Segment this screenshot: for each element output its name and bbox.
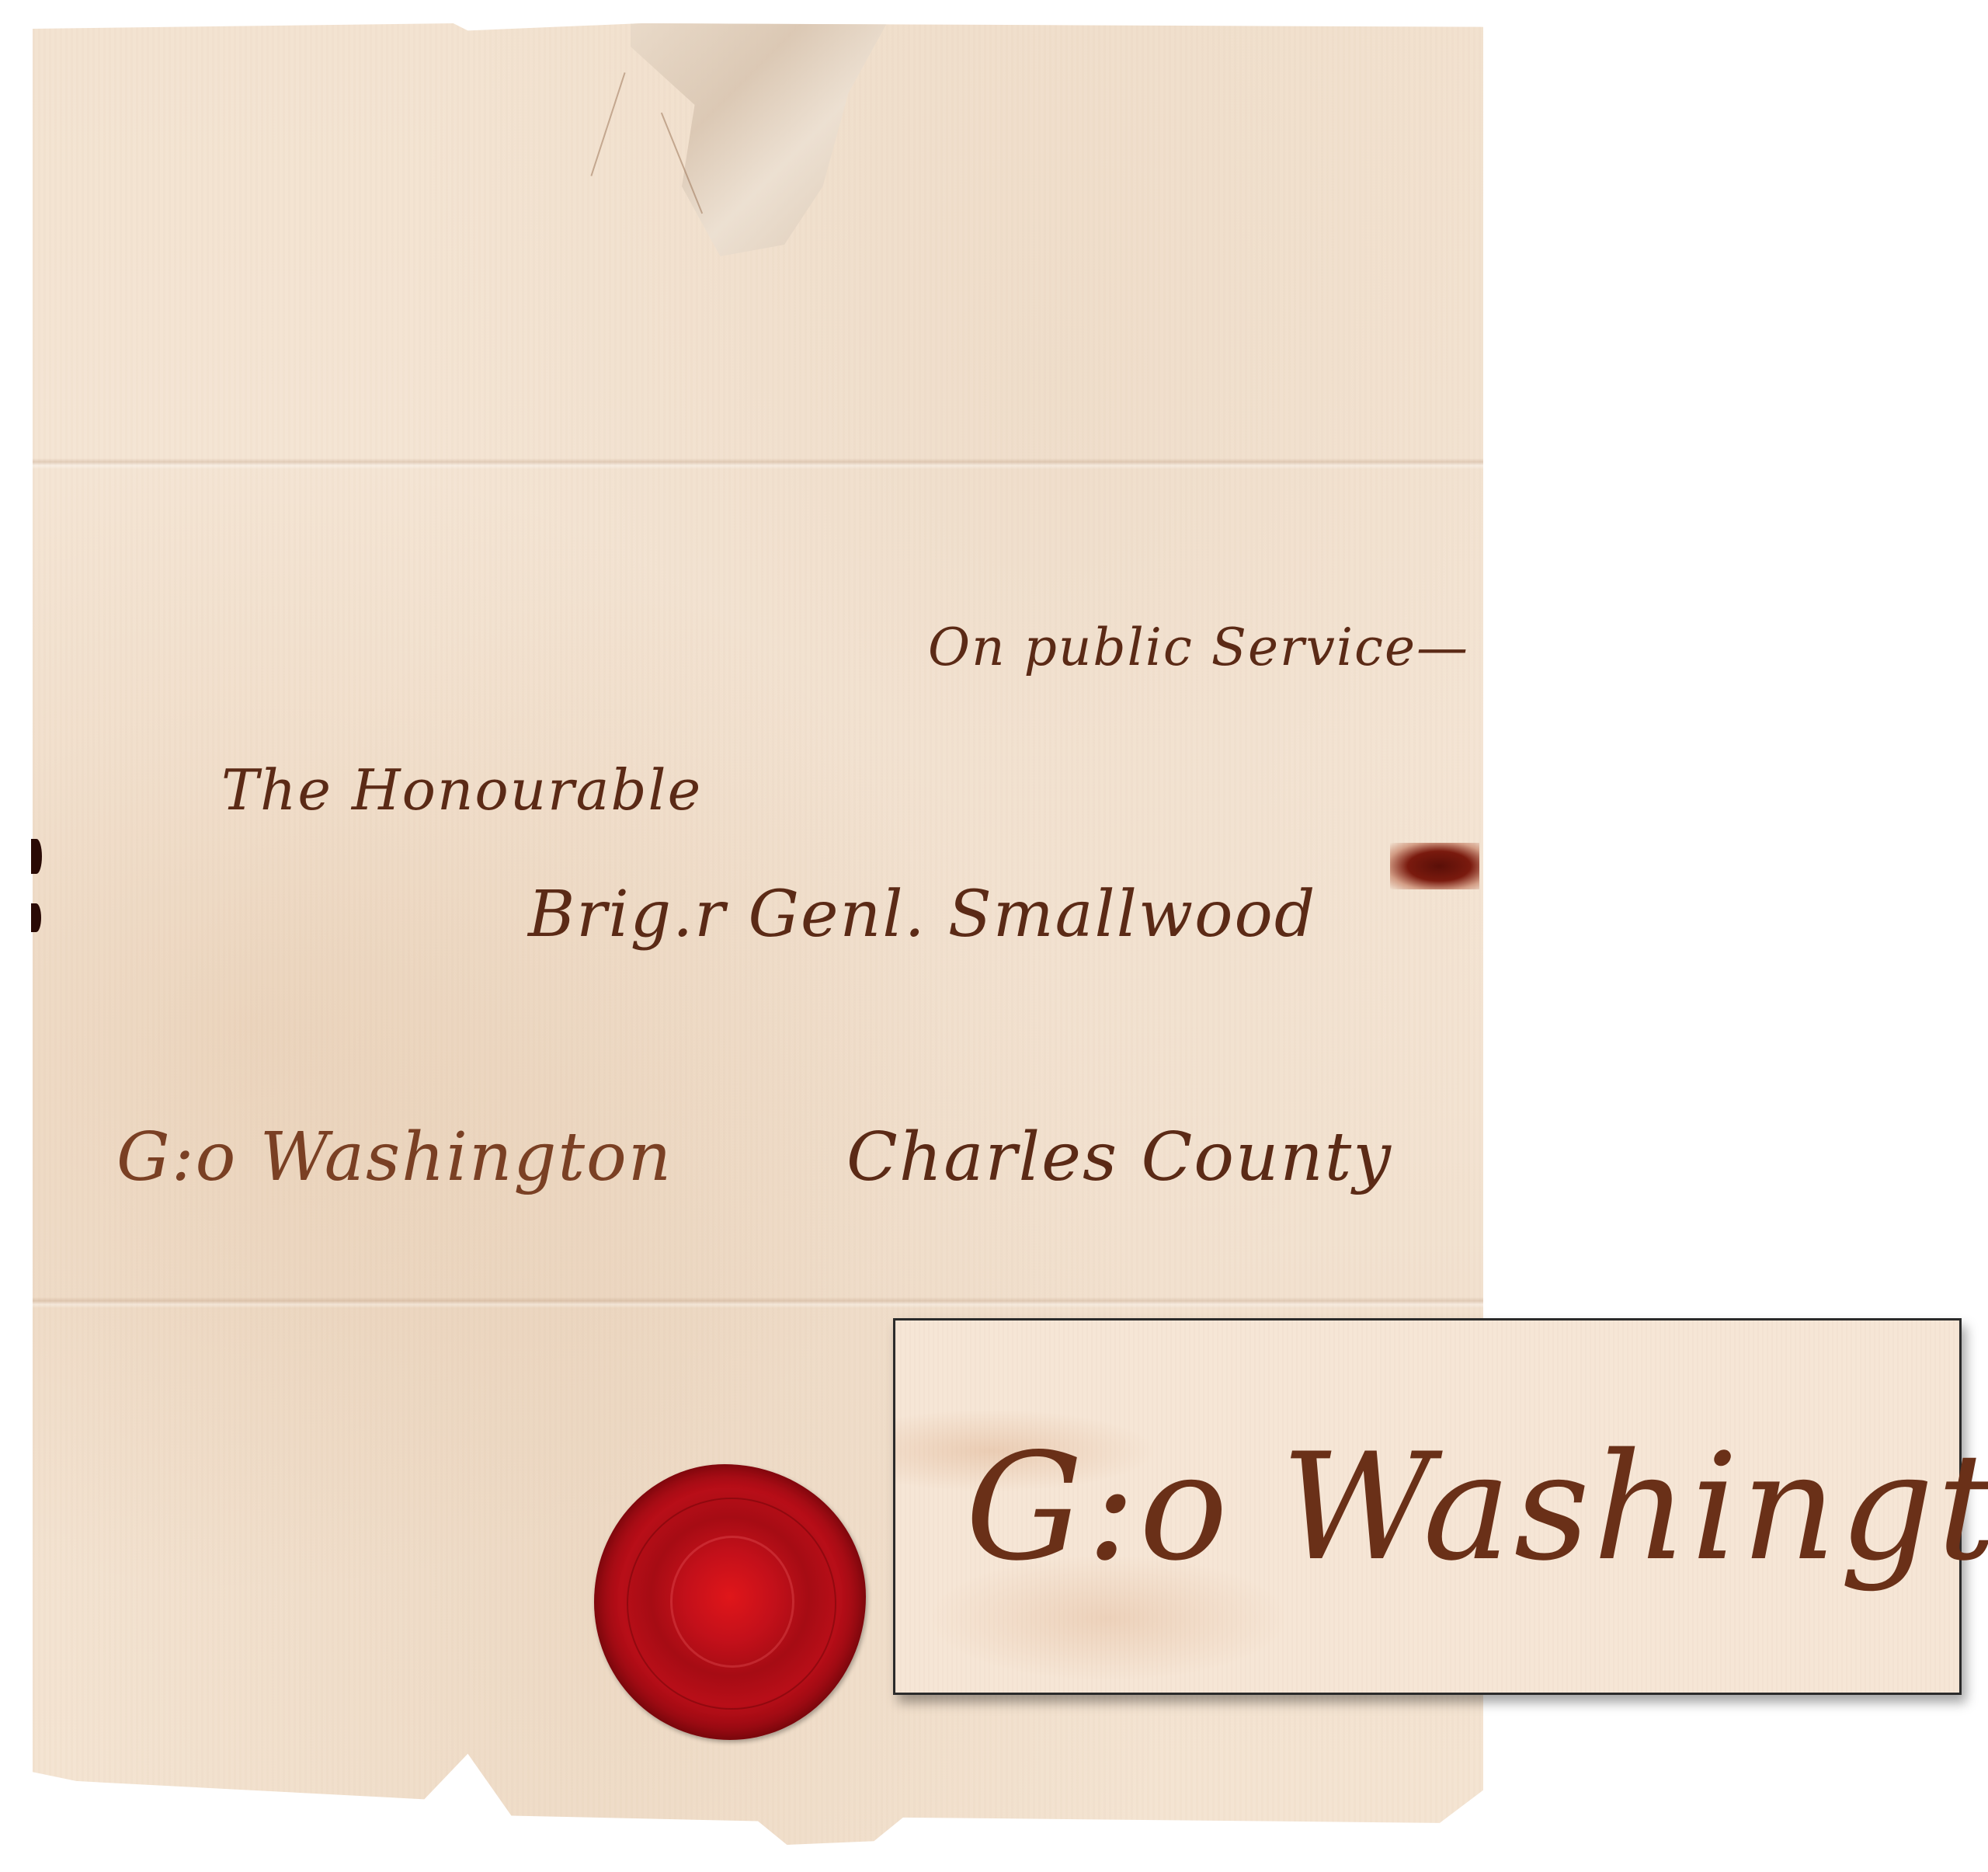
inset-signature-enlarged: G:o Washington bbox=[965, 1421, 1988, 1593]
horizontal-fold-crease bbox=[33, 1297, 1483, 1308]
torn-corner-flap bbox=[631, 23, 887, 256]
edge-notch-mark bbox=[31, 839, 42, 874]
horizontal-fold-crease bbox=[33, 458, 1483, 469]
edge-notch-mark bbox=[31, 903, 41, 932]
address-line-recipient: Brig.r Genl. Smallwood bbox=[528, 878, 1316, 952]
red-wax-seal bbox=[594, 1464, 866, 1740]
address-line-county: Charles County bbox=[846, 1119, 1392, 1196]
endorsement-text: On public Service— bbox=[928, 618, 1469, 677]
signature-detail-inset: G:o Washington bbox=[893, 1318, 1962, 1695]
address-line-honourable: The Honourable bbox=[221, 757, 702, 823]
paper-crack bbox=[590, 72, 625, 176]
wax-residue-stain bbox=[1390, 843, 1479, 889]
franking-signature: G:o Washington bbox=[116, 1119, 673, 1196]
